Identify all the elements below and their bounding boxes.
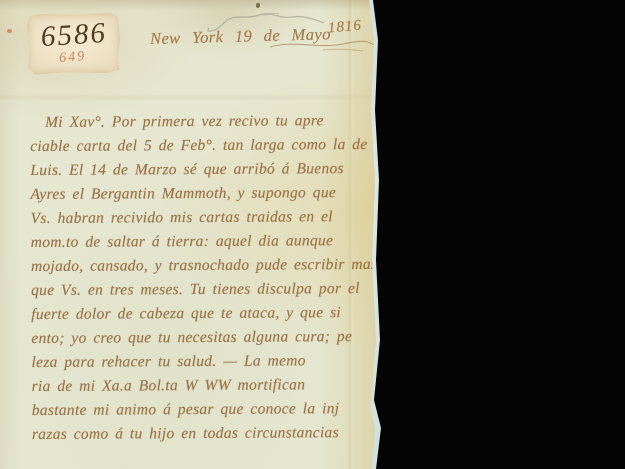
- letter-line: mom.to de saltar á tierra: aquel dia aun…: [31, 229, 369, 255]
- letter-photograph: 6586 649 New York 19 de Mayo 1816 Mi Xav…: [0, 0, 625, 469]
- letter-line: ento; yo creo que tu necesitas alguna cu…: [31, 325, 369, 351]
- letter-line: ria de mi Xa.a Bol.ta W WW mortifican: [32, 373, 370, 399]
- letter-paper: 6586 649 New York 19 de Mayo 1816 Mi Xav…: [0, 0, 377, 469]
- letter-line: Ayres el Bergantin Mammoth, y supongo qu…: [30, 181, 368, 207]
- letter-line: ciable carta del 5 de Feb°. tan larga co…: [30, 133, 368, 159]
- letter-line: Luis. El 14 de Marzo sé que arribó á Bue…: [30, 157, 368, 183]
- letter-line: Vs. habran recivido mis cartas traidas e…: [31, 205, 369, 231]
- dateline-year: 1816: [327, 18, 362, 38]
- letter-line: leza para rehacer tu salud. — La memo: [31, 349, 369, 375]
- archival-label: 6586 649: [27, 12, 121, 74]
- letter-body: Mi Xav°. Por primera vez recivo tu apre …: [30, 109, 370, 447]
- letter-line: Mi Xav°. Por primera vez recivo tu apre: [30, 109, 368, 135]
- letter-line: fuerte dolor de cabeza que te ataca, y q…: [31, 301, 369, 327]
- dateline-flourish: [268, 36, 376, 52]
- letter-line: bastante mi animo á pesar que conoce la …: [32, 397, 370, 423]
- letter-line: razas como á tu hijo en todas circunstan…: [32, 421, 370, 447]
- rust-stain: [7, 29, 12, 33]
- letter-line: que Vs. en tres meses. Tu tienes disculp…: [31, 277, 369, 303]
- letter-line: mojado, cansado, y trasnochado pude escr…: [31, 253, 369, 279]
- archival-number-secondary: 649: [59, 49, 87, 67]
- archival-number-primary: 6586: [36, 17, 112, 54]
